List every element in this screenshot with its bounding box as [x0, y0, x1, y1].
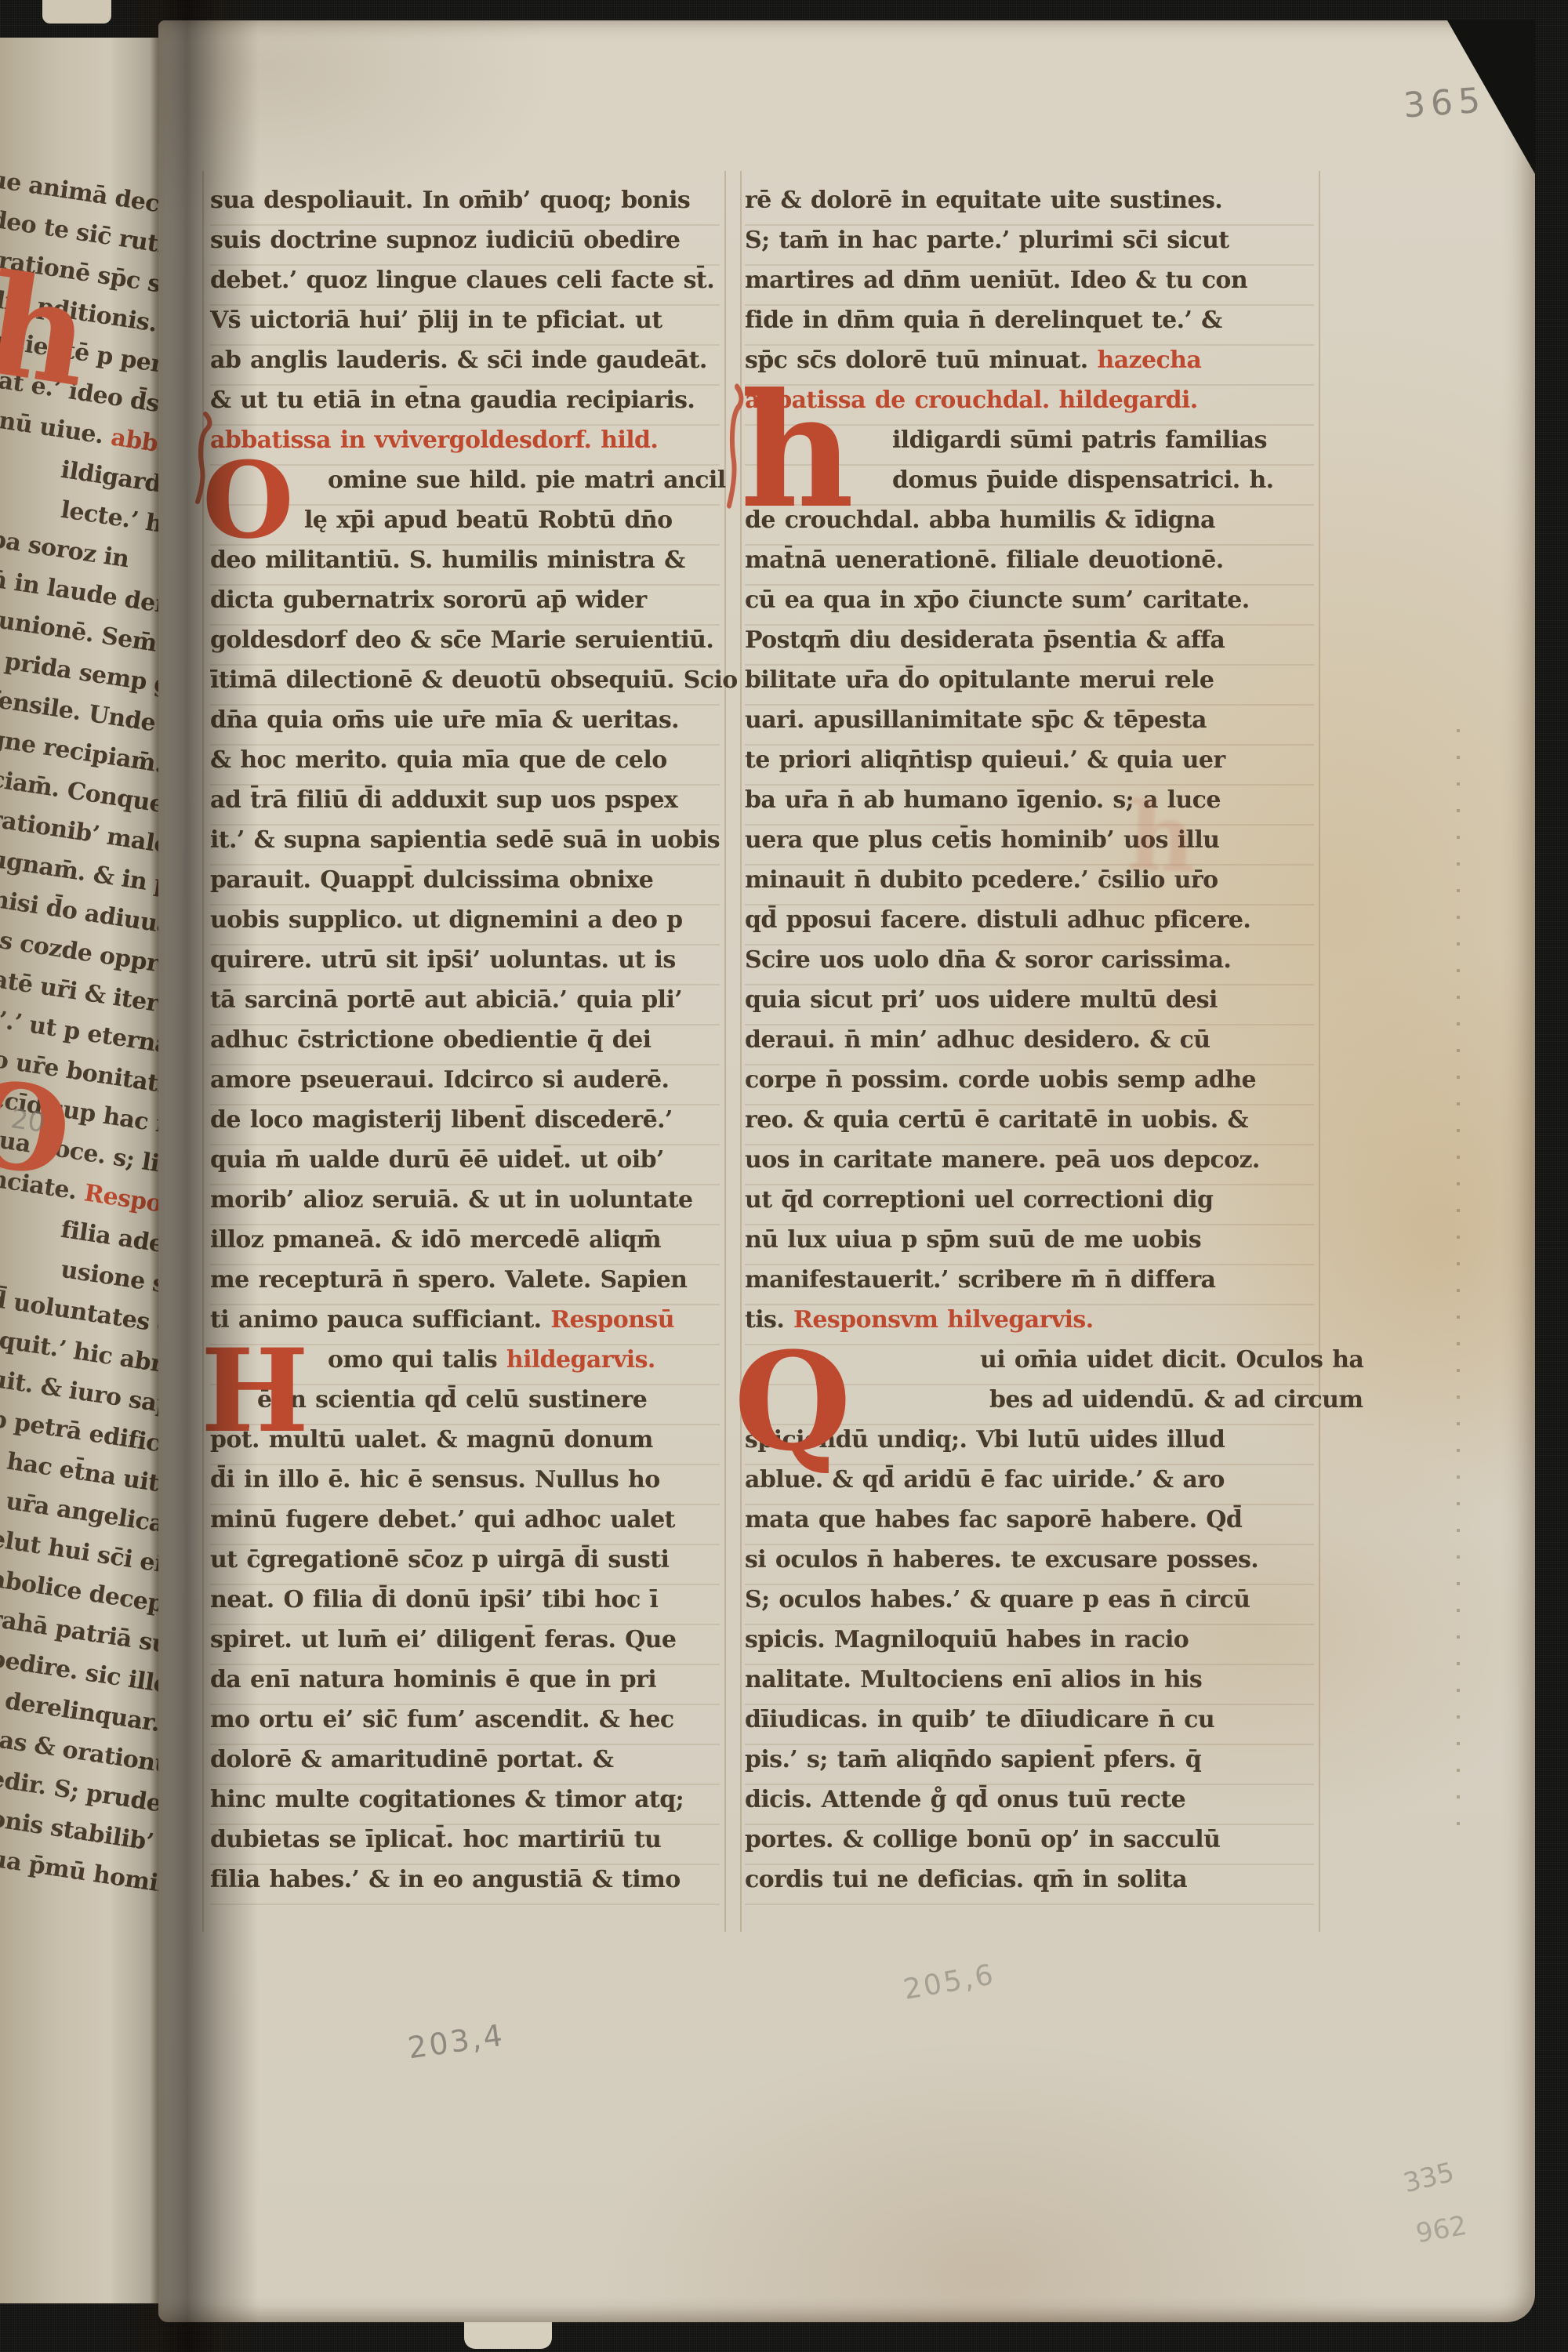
body-text: dicis. Attende g̊ qd̄ onus tuū recte: [745, 1786, 1185, 1813]
paraph-flourish: [194, 411, 215, 508]
text-line: dicis. Attende g̊ qd̄ onus tuū recte: [745, 1786, 1314, 1826]
text-line: da enī natura hominis ē que in pri: [210, 1666, 720, 1706]
body-text: ildigardi sūmi patris familias: [892, 426, 1267, 454]
body-text: illoz pmaneā. & idō mercedē aliqm̄: [210, 1226, 661, 1254]
text-line: d̄i in illo ē. hic ē sensus. Nullus ho: [210, 1466, 720, 1506]
text-line: cordis tui ne deficias. qm̄ in solita: [745, 1866, 1314, 1906]
body-text: pis.’ s; tam̄ aliqn̄do sapient̄ pfers. q…: [745, 1746, 1201, 1773]
text-line: uera que plus cet̄is hominib’ uos illu: [745, 826, 1314, 866]
body-text: spicis. Magniloquiū habes in racio: [745, 1626, 1189, 1653]
body-text: parauit. Quappt̄ dulcissima obnixe: [210, 866, 653, 894]
text-line: mat̄nā uenerationē. filiale deuotionē.: [745, 546, 1314, 586]
text-line: quirere. utrū sit ips̄i’ uoluntas. ut is: [210, 946, 720, 986]
body-text: ui om̄ia uidet dicit. Oculos ha: [980, 1346, 1363, 1374]
body-text: Scire uos uolo dn̄a & soror carissima.: [745, 946, 1231, 974]
text-line: tā sarcinā portē aut abiciā.’ quia pli’: [210, 986, 720, 1026]
body-text: de loco magisterij libent̄ discederē.’: [210, 1106, 673, 1134]
body-text: dolorē & amaritudinē portat. &: [210, 1746, 613, 1773]
pencil-mark-verso: 20: [9, 1103, 46, 1139]
text-line: manifestauerit.’ scribere m̄ n̄ differa: [745, 1266, 1314, 1306]
text-line: corpe n̄ possim. corde uobis semp adhe: [745, 1066, 1314, 1106]
body-text: uos in caritate manere. peā uos depcoz.: [745, 1146, 1260, 1174]
body-text: ut c̄gregationē sc̄oz p uirgā d̄i susti: [210, 1546, 669, 1573]
body-text: & hoc merito. quia mīa que de celo: [210, 746, 667, 774]
rubric-text: Responsū: [550, 1306, 674, 1334]
text-line: bilitate ur̄a d̄o opitulante merui rele: [745, 666, 1314, 706]
body-text: amore pseueraui. Idcirco si auderē.: [210, 1066, 669, 1094]
text-line: si oculos n̄ haberes. te excusare posses…: [745, 1546, 1314, 1586]
text-line: ab anglis lauderis. & sc̄i inde gaudeāt.: [210, 347, 720, 387]
body-text: qd̄ pposui facere. distuli adhuc pficere…: [745, 906, 1250, 934]
body-text: morib’ alioz seruiā. & ut in uoluntate: [210, 1186, 692, 1214]
body-text: me recepturā n̄ spero. Valete. Sapien: [210, 1266, 687, 1294]
body-text: lę xp̄i apud beatū Robtū dn̄o: [304, 506, 673, 534]
text-line: pis.’ s; tam̄ aliqn̄do sapient̄ pfers. q…: [745, 1746, 1314, 1786]
leaf-edge-tab-top: [42, 0, 111, 24]
body-text: goldesdorf deo & sc̄e Marie seruientiū.: [210, 626, 713, 654]
body-text: ītimā dilectionē & deuotū obsequiū. Scio: [210, 666, 738, 694]
manuscript-page: 365 sua despoliauit. In om̄ib’ quoq; bon…: [158, 20, 1535, 2322]
text-line: reo. & quia certū ē caritatē in uobis. &: [745, 1106, 1314, 1146]
body-text: si oculos n̄ haberes. te excusare posses…: [745, 1546, 1258, 1573]
text-line: martires ad dn̄m ueniūt. Ideo & tu con: [745, 267, 1314, 307]
body-text: cordis tui ne deficias. qm̄ in solita: [745, 1866, 1187, 1893]
text-line: illoz pmaneā. & idō mercedē aliqm̄: [210, 1226, 720, 1266]
text-line: ad t̄rā filiū d̄i adduxit sup uos pspex: [210, 786, 720, 826]
text-line: quia sicut pri’ uos uidere multū desi: [745, 986, 1314, 1026]
text-line: hinc multe cogitationes & timor atq;: [210, 1786, 720, 1826]
body-text: Postqm̄ diu desiderata p̄sentia & affa: [745, 626, 1225, 654]
body-text: suis doctrine supnoz iudiciū obedire: [210, 227, 680, 254]
body-text: domus p̄uide dispensatrici. h.: [892, 466, 1274, 494]
body-text: dīiudicas. in quib’ te dīiudicare n̄ cu: [745, 1706, 1214, 1733]
text-line: filia habes.’ & in eo angustiā & timo: [210, 1866, 720, 1906]
body-text: reo. & quia certū ē caritatē in uobis. &: [745, 1106, 1248, 1134]
pencil-mark-left-column: 203,4: [406, 2018, 507, 2066]
body-text: & ut tu etiā in et̄na gaudia recipiaris.: [210, 387, 695, 414]
text-line: quia m̄ ualde durū ēē uidet̄. ut oib’: [210, 1146, 720, 1186]
body-text: omo qui talis: [328, 1346, 506, 1374]
folio-number: 365: [1402, 80, 1486, 125]
text-line: S; tam̄ in hac parte.’ plurimi sc̄i sicu…: [745, 227, 1314, 267]
body-text: bilitate ur̄a d̄o opitulante merui rele: [745, 666, 1214, 694]
body-text: quirere. utrū sit ips̄i’ uoluntas. ut is: [210, 946, 676, 974]
text-line: suis doctrine supnoz iudiciū obedire: [210, 227, 720, 267]
body-text: rē & dolorē in equitate uite sustines.: [745, 187, 1222, 214]
text-line: uari. apusillanimitate sp̄c & tēpesta: [745, 706, 1314, 746]
body-text: nalitate. Multociens enī alios in his: [745, 1666, 1202, 1693]
text-line: dubietas se īplicat̄. hoc martiriū tu: [210, 1826, 720, 1866]
body-text: cū ea qua in xp̄o c̄iuncte sum’ caritate…: [745, 586, 1250, 614]
body-text: mata que habes fac saporē habere. Qd̄: [745, 1506, 1242, 1534]
body-text: d̄i in illo ē. hic ē sensus. Nullus ho: [210, 1466, 660, 1494]
initial-q: Q: [734, 1334, 851, 1469]
body-text: S; tam̄ in hac parte.’ plurimi sc̄i sicu…: [745, 227, 1229, 254]
text-line: cū ea qua in xp̄o c̄iuncte sum’ caritate…: [745, 586, 1314, 626]
text-line: dicta gubernatrix sororū ap̄ wider: [210, 586, 720, 626]
body-text: sua despoliauit. In om̄ib’ quoq; bonis: [210, 187, 690, 214]
pencil-mark-right-column: 205,6: [901, 1958, 997, 2006]
text-line: & ut tu etiā in et̄na gaudia recipiaris.: [210, 387, 720, 426]
body-text: nū lux uiua p sp̄m suū de me uobis: [745, 1226, 1201, 1254]
text-line: ut c̄gregationē sc̄oz p uirgā d̄i susti: [210, 1546, 720, 1586]
body-text: portes. & collige bonū op’ in sacculū: [745, 1826, 1220, 1853]
body-text: neat. O filia d̄i donū ips̄i’ tibi hoc ī: [210, 1586, 658, 1613]
text-line: Vs̄ uictoriā hui’ p̄lij in te pficiat. u…: [210, 307, 720, 347]
text-line: Postqm̄ diu desiderata p̄sentia & affa: [745, 626, 1314, 666]
body-text: ad t̄rā filiū d̄i adduxit sup uos pspex: [210, 786, 677, 814]
body-text: ab anglis lauderis. & sc̄i inde gaudeāt.: [210, 347, 707, 374]
body-text: corpe n̄ possim. corde uobis semp adhe: [745, 1066, 1256, 1094]
paraph-flourish: [726, 383, 746, 514]
body-text: mo ortu ei’ sic̄ fum’ ascendit. & hec: [210, 1706, 674, 1733]
ruling-line: [1319, 171, 1320, 1932]
prick-marks: [1457, 729, 1460, 1842]
text-line: ut q̄d correptioni uel correctioni dig: [745, 1186, 1314, 1226]
manuscript-photo: { "colors":{"cloth":"#121211","parchment…: [0, 0, 1568, 2352]
text-line: ba ur̄a n̄ ab humano īgenio. s; a luce: [745, 786, 1314, 826]
text-line: qd̄ pposui facere. distuli adhuc pficere…: [745, 906, 1314, 946]
body-text: manifestauerit.’ scribere m̄ n̄ differa: [745, 1266, 1215, 1294]
text-line: nū lux uiua p sp̄m suū de me uobis: [745, 1226, 1314, 1266]
body-text: omine sue hild. pie matri ancil: [328, 466, 726, 494]
text-line: dn̄a quia om̄s uie ur̄e mīa & ueritas.: [210, 706, 720, 746]
ink-offset-ghost: h: [1126, 782, 1198, 895]
body-text: ē in scientia qd̄ celū sustinere: [257, 1386, 647, 1414]
text-line: it.’ & supna sapientia sedē suā in uobis: [210, 826, 720, 866]
rubric-text: hildegarvis.: [506, 1346, 655, 1374]
body-text: minū fugere debet.’ qui adhoc ualet: [210, 1506, 675, 1534]
body-text: uobis supplico. ut dignemini a deo p: [210, 906, 683, 934]
body-text: dn̄a quia om̄s uie ur̄e mīa & ueritas.: [210, 706, 679, 734]
text-line: spicis. Magniloquiū habes in racio: [745, 1626, 1314, 1666]
text-line: S; oculos habes.’ & quare p eas n̄ circū: [745, 1586, 1314, 1626]
text-line: ītimā dilectionē & deuotū obsequiū. Scio: [210, 666, 720, 706]
text-line: spiret. ut lum̄ ei’ diligent̄ feras. Que: [210, 1626, 720, 1666]
body-text: Vs̄ uictoriā hui’ p̄lij in te pficiat. u…: [210, 307, 662, 334]
body-text: hinc multe cogitationes & timor atq;: [210, 1786, 684, 1813]
body-text: quia m̄ ualde durū ēē uidet̄. ut oib’: [210, 1146, 664, 1174]
text-line: neat. O filia d̄i donū ips̄i’ tibi hoc ī: [210, 1586, 720, 1626]
body-text: fide in dn̄m quia n̄ derelinquet te.’ &: [745, 307, 1222, 334]
body-text: deraui. n̄ min’ adhuc desidero. & cū: [745, 1026, 1210, 1054]
text-line: de loco magisterij libent̄ discederē.’: [210, 1106, 720, 1146]
text-line: deraui. n̄ min’ adhuc desidero. & cū: [745, 1026, 1314, 1066]
text-line: goldesdorf deo & sc̄e Marie seruientiū.: [210, 626, 720, 666]
body-text: dubietas se īplicat̄. hoc martiriū tu: [210, 1826, 661, 1853]
text-line: rē & dolorē in equitate uite sustines.: [745, 187, 1314, 227]
body-text: quia sicut pri’ uos uidere multū desi: [745, 986, 1218, 1014]
body-text: adhuc c̄strictione obedientie q̄ dei: [210, 1026, 651, 1054]
text-line: debet.’ quoz lingue claues celi facte st…: [210, 267, 720, 307]
body-text: mat̄nā uenerationē. filiale deuotionē.: [745, 546, 1224, 574]
body-text: martires ad dn̄m ueniūt. Ideo & tu con: [745, 267, 1247, 294]
body-text: da enī natura hominis ē que in pri: [210, 1666, 656, 1693]
body-text: debet.’ quoz lingue claues celi facte st…: [210, 267, 714, 294]
text-line: fide in dn̄m quia n̄ derelinquet te.’ &: [745, 307, 1314, 347]
body-text: ut q̄d correptioni uel correctioni dig: [745, 1186, 1213, 1214]
text-line: minauit n̄ dubito pcedere.’ c̄silio ur̄o: [745, 866, 1314, 906]
body-text: tā sarcinā portē aut abiciā.’ quia pli’: [210, 986, 682, 1014]
rubric-text: hazecha: [1097, 347, 1201, 374]
text-line: te priori aliqn̄tisp quieui.’ & quia uer: [745, 746, 1314, 786]
text-line: me recepturā n̄ spero. Valete. Sapien: [210, 1266, 720, 1306]
text-line: mo ortu ei’ sic̄ fum’ ascendit. & hec: [210, 1706, 720, 1746]
text-line: adhuc c̄strictione obedientie q̄ dei: [210, 1026, 720, 1066]
text-line: sua despoliauit. In om̄ib’ quoq; bonis: [210, 187, 720, 227]
initial-h-minuscule: h: [740, 373, 854, 530]
text-line: minū fugere debet.’ qui adhoc ualet: [210, 1506, 720, 1546]
body-text: bes ad uidendū. & ad circum: [989, 1386, 1363, 1414]
body-text: te priori aliqn̄tisp quieui.’ & quia uer: [745, 746, 1225, 774]
body-text: uari. apusillanimitate sp̄c & tēpesta: [745, 706, 1207, 734]
initial-o: O: [202, 448, 294, 553]
body-text: it.’ & supna sapientia sedē suā in uobis: [210, 826, 720, 854]
text-line: nalitate. Multociens enī alios in his: [745, 1666, 1314, 1706]
text-line: & hoc merito. quia mīa que de celo: [210, 746, 720, 786]
text-line: parauit. Quappt̄ dulcissima obnixe: [210, 866, 720, 906]
text-line: amore pseueraui. Idcirco si auderē.: [210, 1066, 720, 1106]
text-line: uos in caritate manere. peā uos depcoz.: [745, 1146, 1314, 1186]
body-text: dicta gubernatrix sororū ap̄ wider: [210, 586, 647, 614]
text-line: dīiudicas. in quib’ te dīiudicare n̄ cu: [745, 1706, 1314, 1746]
body-text: spiret. ut lum̄ ei’ diligent̄ feras. Que: [210, 1626, 676, 1653]
text-line: portes. & collige bonū op’ in sacculū: [745, 1826, 1314, 1866]
text-line: dolorē & amaritudinē portat. &: [210, 1746, 720, 1786]
text-line: morib’ alioz seruiā. & ut in uoluntate: [210, 1186, 720, 1226]
text-line: uobis supplico. ut dignemini a deo p: [210, 906, 720, 946]
pencil-corner-number-top: 335: [1400, 2157, 1457, 2200]
body-text: filia habes.’ & in eo angustiā & timo: [210, 1866, 681, 1893]
text-line: Scire uos uolo dn̄a & soror carissima.: [745, 946, 1314, 986]
facing-page-sliver: que animā decerpuit deudeo te sic̄ rutil…: [0, 38, 163, 2303]
initial-h-capital: H: [201, 1334, 309, 1449]
body-text: S; oculos habes.’ & quare p eas n̄ circū: [745, 1586, 1250, 1613]
text-line: mata que habes fac saporē habere. Qd̄: [745, 1506, 1314, 1546]
pencil-corner-number-bottom: 962: [1414, 2210, 1469, 2250]
